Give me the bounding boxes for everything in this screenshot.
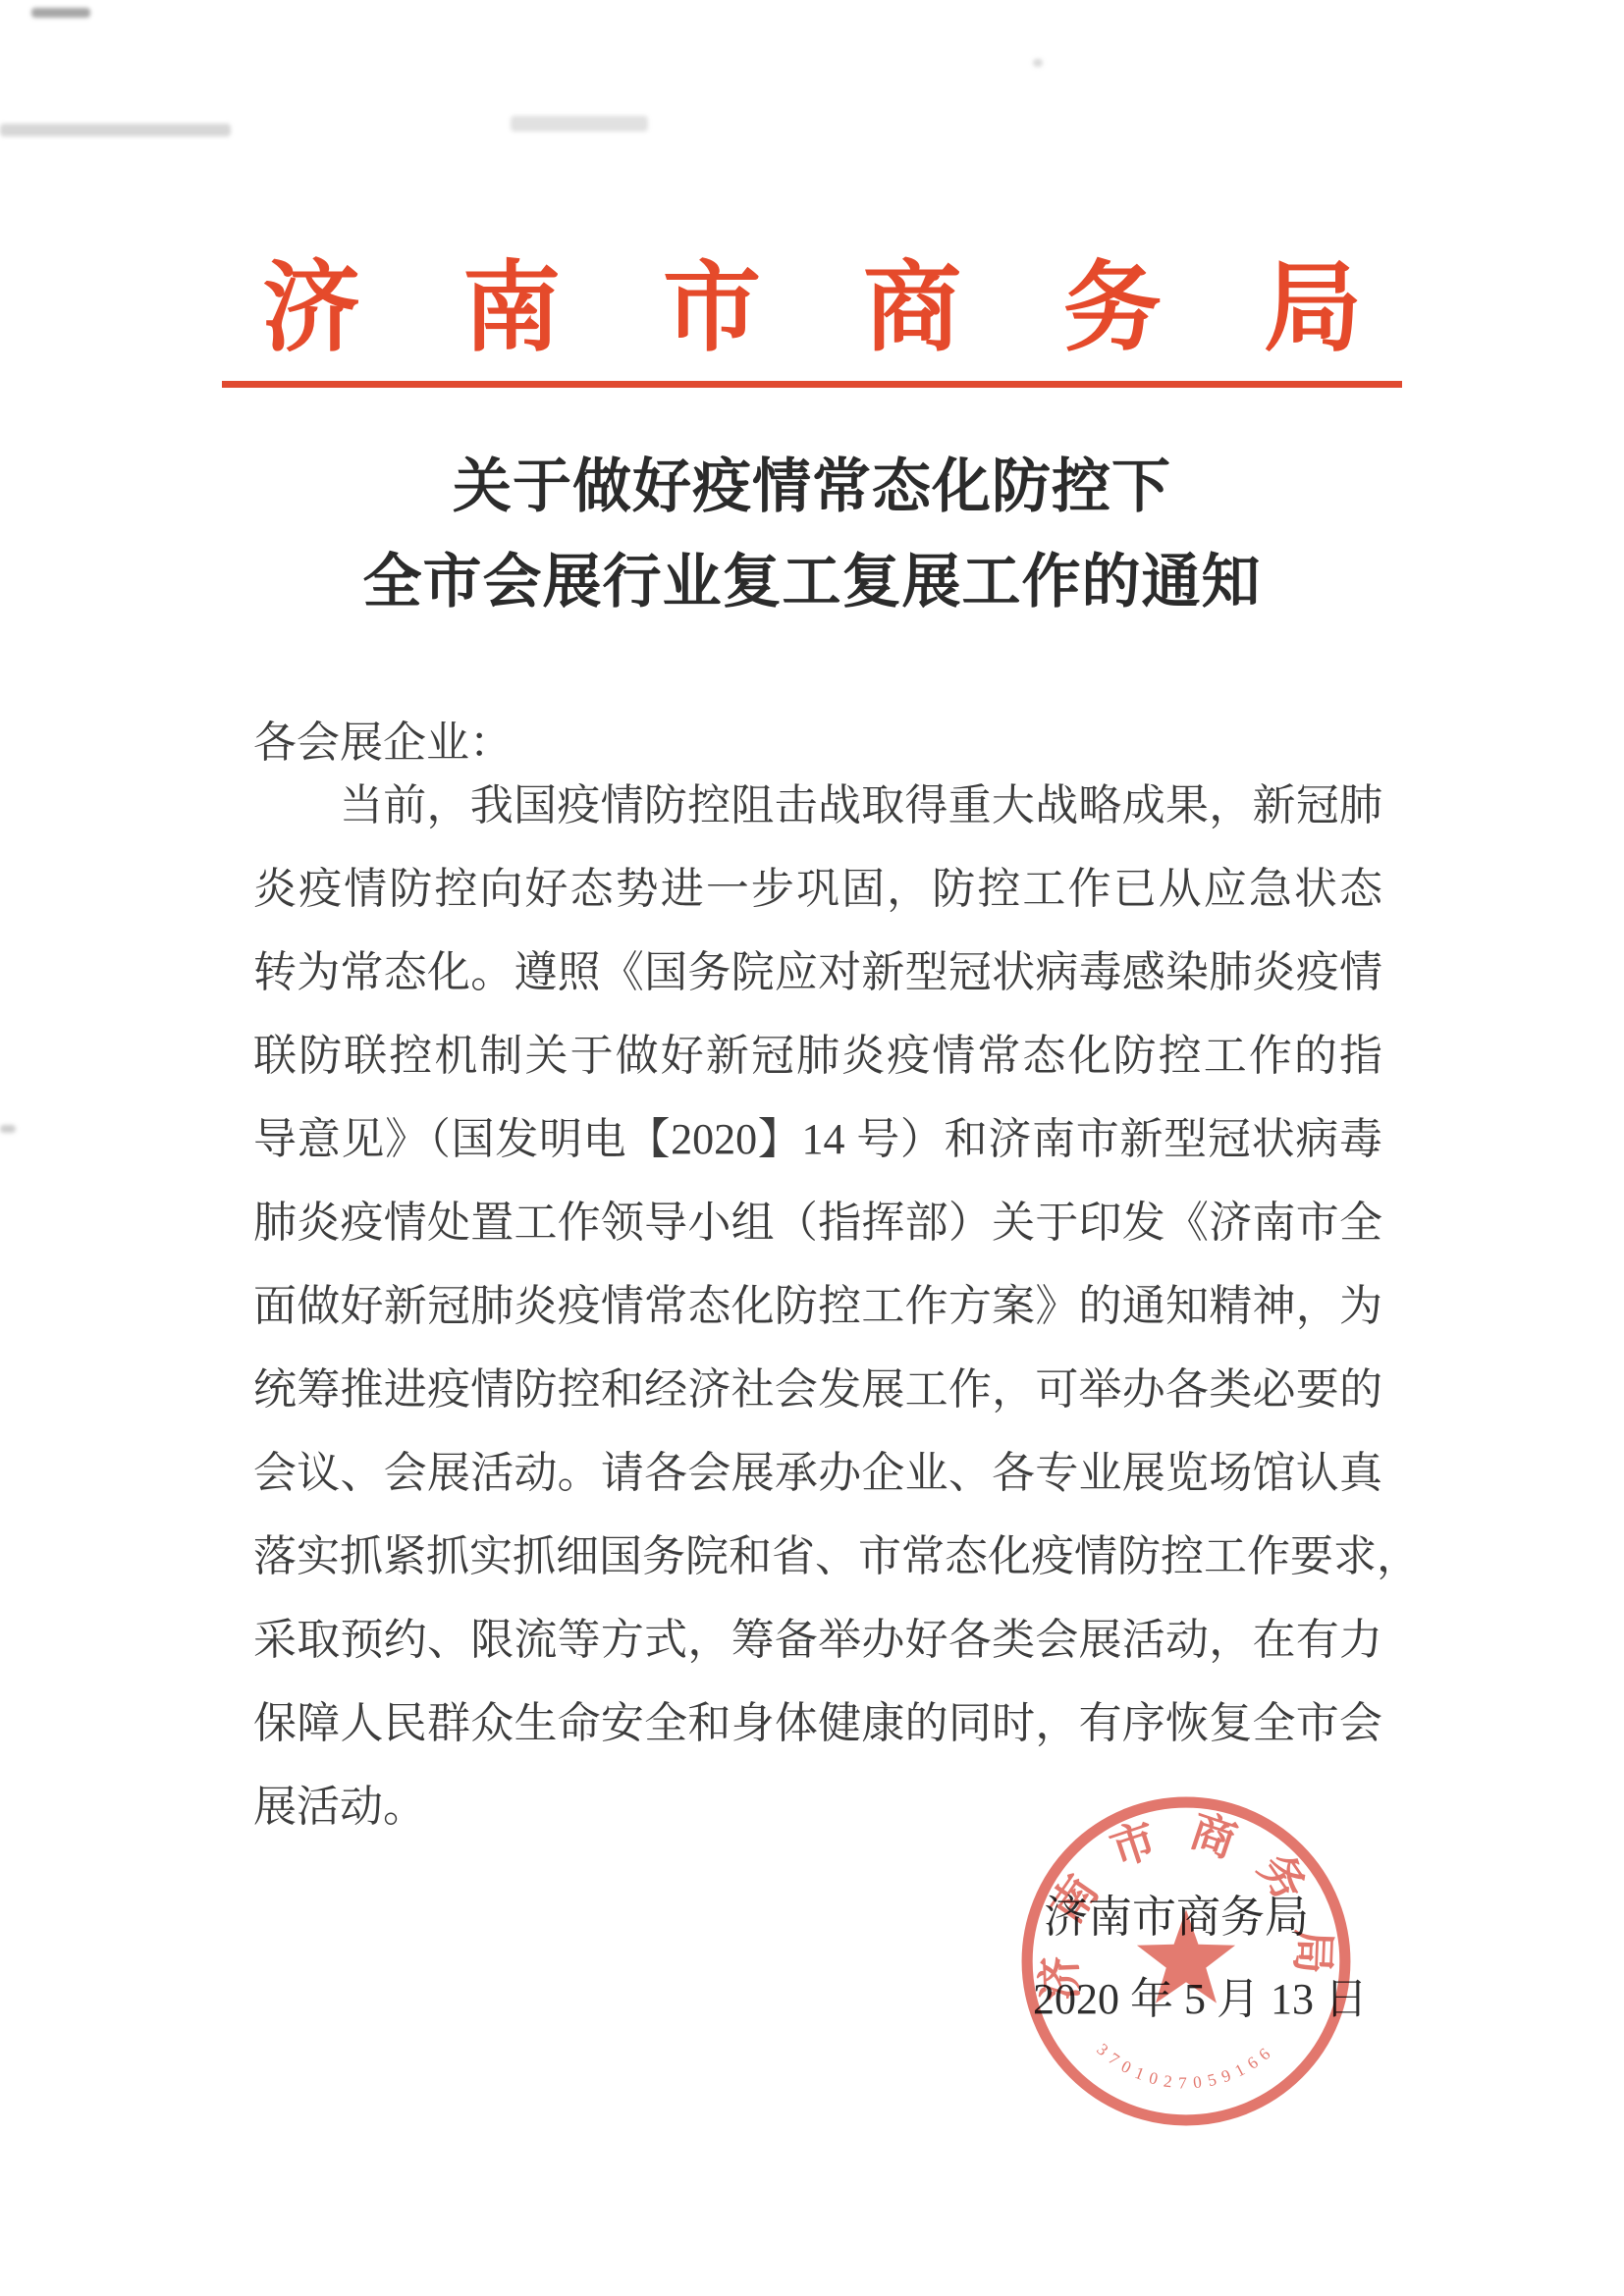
seal-star-icon xyxy=(1137,1909,1235,2002)
document-title: 关于做好疫情常态化防控下 全市会展行业复工复展工作的通知 xyxy=(0,440,1624,630)
seal-code: 3701027059166 xyxy=(1093,2040,1278,2092)
body-line: 导意见》（国发明电【2020】14 号）和济南市新型冠状病毒 xyxy=(253,1097,1382,1181)
scan-artifact xyxy=(0,1125,16,1133)
masthead-divider xyxy=(222,381,1402,388)
title-line-2: 全市会展行业复工复展工作的通知 xyxy=(0,535,1624,630)
scan-artifact xyxy=(511,116,648,132)
body-paragraph: 当前，我国疫情防控阻击战取得重大战略成果，新冠肺 炎疫情防控向好态势进一步巩固，… xyxy=(253,764,1382,1848)
title-line-1: 关于做好疫情常态化防控下 xyxy=(0,440,1624,535)
agency-masthead: 济南市商务局 xyxy=(0,229,1624,370)
body-line: 采取预约、限流等方式，筹备举办好各类会展活动，在有力 xyxy=(253,1598,1382,1682)
body-line: 当前，我国疫情防控阻击战取得重大战略成果，新冠肺 xyxy=(253,764,1382,847)
body-line: 面做好新冠肺炎疫情常态化防控工作方案》的通知精神，为 xyxy=(253,1264,1382,1348)
scan-artifact xyxy=(31,8,90,18)
body-line: 炎疫情防控向好态势进一步巩固，防控工作已从应急状态 xyxy=(253,847,1382,931)
body-line: 肺炎疫情处置工作领导小组（指挥部）关于印发《济南市全 xyxy=(253,1181,1382,1264)
body-line: 保障人民群众生命安全和身体健康的同时，有序恢复全市会 xyxy=(253,1682,1382,1765)
scan-artifact xyxy=(1033,59,1043,67)
body-line: 落实抓紧抓实抓细国务院和省、市常态化疫情防控工作要求， xyxy=(253,1515,1382,1598)
body-line: 统筹推进疫情防控和经济社会发展工作，可举办各类必要的 xyxy=(253,1348,1382,1431)
body-line: 会议、会展活动。请各会展承办企业、各专业展览场馆认真 xyxy=(253,1431,1382,1515)
body-line: 联防联控机制关于做好新冠肺炎疫情常态化防控工作的指 xyxy=(253,1014,1382,1097)
official-seal-stamp: 济南市商务局 3701027059166 xyxy=(1017,1792,1355,2130)
scan-artifact xyxy=(0,124,231,136)
document-page: 济南市商务局 关于做好疫情常态化防控下 全市会展行业复工复展工作的通知 各会展企… xyxy=(0,0,1624,2296)
body-line: 转为常态化。遵照《国务院应对新型冠状病毒感染肺炎疫情 xyxy=(253,931,1382,1014)
